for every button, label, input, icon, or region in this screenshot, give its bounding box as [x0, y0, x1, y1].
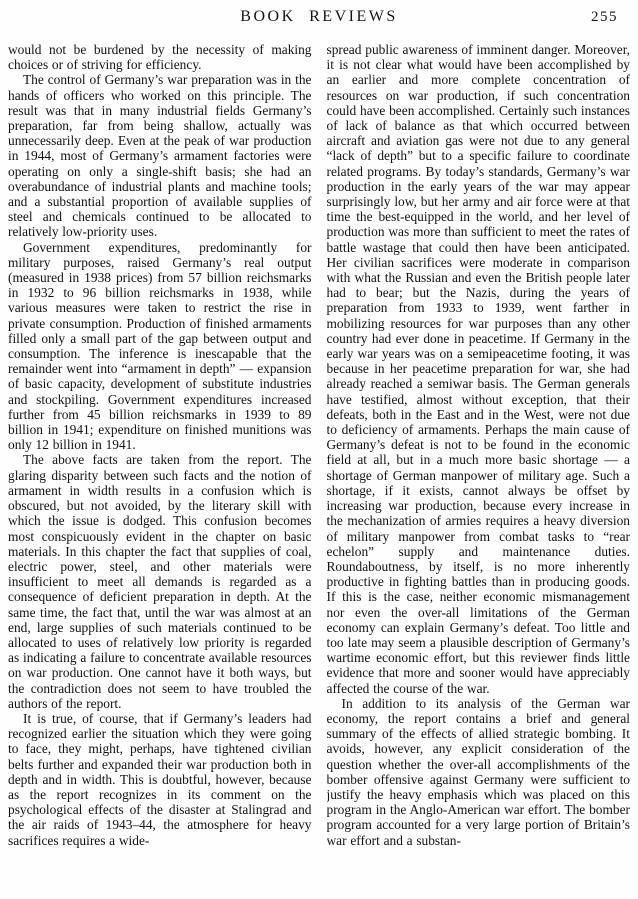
paragraph: The control of Germany’s war preparation… [8, 72, 312, 239]
book-page: BOOK REVIEWS 255 would not be burdened b… [0, 0, 638, 899]
paragraph: The above facts are taken from the repor… [8, 452, 312, 710]
paragraph: spread public awareness of imminent dang… [327, 42, 631, 696]
page-number: 255 [591, 9, 618, 26]
left-column: would not be burdened by the necessity o… [8, 42, 312, 899]
paragraph: In addition to its analysis of the Germa… [327, 696, 631, 848]
paragraph: Government expenditures, predominantly f… [8, 240, 312, 453]
text-columns: would not be burdened by the necessity o… [8, 42, 630, 899]
page-header: BOOK REVIEWS 255 [8, 8, 630, 30]
paragraph: It is true, of course, that if Germany’s… [8, 711, 312, 848]
paragraph: would not be burdened by the necessity o… [8, 42, 312, 72]
running-head-title: BOOK REVIEWS [8, 8, 630, 26]
right-column: spread public awareness of imminent dang… [327, 42, 631, 899]
